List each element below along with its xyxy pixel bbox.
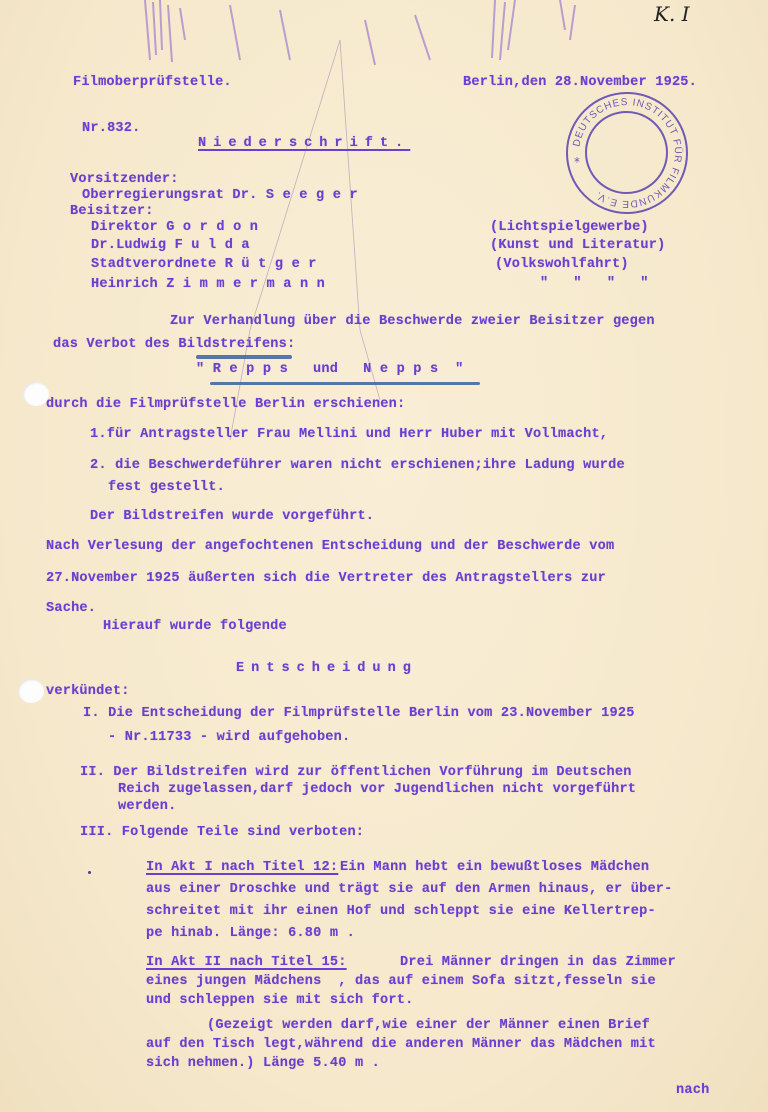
stamp-star: *	[574, 155, 580, 169]
screened-statement: Der Bildstreifen wurde vorgeführt.	[90, 509, 374, 524]
cut-2-line-3: und schleppen sie mit sich fort.	[146, 993, 413, 1008]
intro-line-3: durch die Filmprüfstelle Berlin erschien…	[46, 397, 405, 412]
decision-heading: Entscheidung	[236, 661, 418, 676]
cut-2-line-1: Drei Männer dringen in das Zimmer	[400, 955, 676, 970]
punch-hole	[23, 382, 49, 406]
continuation-word: nach	[676, 1083, 709, 1098]
assessor-field: (Kunst und Literatur)	[490, 238, 666, 253]
cut-1-line-2: aus einer Droschke und trägt sie auf den…	[146, 882, 673, 897]
reading-line-3: Sache.	[46, 601, 96, 616]
ruling-2-line-1: II. Der Bildstreifen wird zur öffentlich…	[80, 765, 632, 780]
ink-smudge-marks	[120, 0, 620, 70]
intro-line-1: Zur Verhandlung über die Beschwerde zwei…	[170, 314, 655, 329]
reading-line-1: Nach Verlesung der angefochtenen Entsche…	[46, 539, 614, 554]
ruling-2-line-3: werden.	[118, 799, 177, 814]
cut-1-line-1: Ein Mann hebt ein bewußtloses Mädchen	[340, 860, 649, 875]
film-title: " R e p p s und N e p p s "	[196, 362, 463, 377]
svg-text:DEUTSCHES INSTITUT FÜR FILMKUN: DEUTSCHES INSTITUT FÜR FILMKUNDE E.V.	[571, 97, 684, 209]
cut-1-line-4: pe hinab. Länge: 6.80 m .	[146, 926, 355, 941]
cut-1-line-3: schreitet mit ihr einen Hof und schleppt…	[146, 904, 656, 919]
issuer-name: Filmoberprüfstelle.	[73, 75, 232, 90]
announced-label: verkündet:	[46, 684, 130, 699]
assessor-name: Dr.Ludwig F u l d a	[91, 238, 250, 253]
stamp-text-ring: DEUTSCHES INSTITUT FÜR FILMKUNDE E.V. *	[566, 92, 688, 214]
blue-pencil-underline	[210, 382, 480, 385]
cut-2-line-2: eines jungen Mädchens , das auf einem So…	[146, 974, 656, 989]
ruling-1-line-1: I. Die Entscheidung der Filmprüfstelle B…	[83, 706, 635, 721]
place-date: Berlin,den 28.November 1925.	[463, 75, 697, 90]
document-title: Niederschrift.	[198, 136, 410, 151]
cut-2-note-3: sich nehmen.) Länge 5.40 m .	[146, 1056, 380, 1071]
chair-label: Vorsitzender:	[70, 172, 179, 187]
cut-1-reference: In Akt I nach Titel 12:	[146, 860, 338, 875]
cut-2-reference: In Akt II nach Titel 15:	[146, 955, 347, 970]
appearance-2-cont: fest gestellt.	[108, 480, 225, 495]
document-page: K. I Filmoberprüfstelle. Berlin,den 28.N…	[0, 0, 768, 1112]
assessor-field: (Lichtspielgewerbe)	[490, 220, 649, 235]
thereupon-line: Hierauf wurde folgende	[103, 619, 287, 634]
appearance-1: 1.für Antragsteller Frau Mellini und Her…	[90, 427, 608, 442]
chair-name: Oberregierungsrat Dr. S e e g e r	[82, 188, 358, 203]
ruling-3: III. Folgende Teile sind verboten:	[80, 825, 364, 840]
blue-pencil-underline	[196, 355, 292, 359]
assessor-name: Direktor G o r d o n	[91, 220, 258, 235]
institute-stamp: DEUTSCHES INSTITUT FÜR FILMKUNDE E.V. *	[566, 92, 688, 214]
ruling-2-line-2: Reich zugelassen,darf jedoch vor Jugendl…	[118, 782, 636, 797]
document-number: Nr.832.	[82, 121, 141, 136]
reading-line-2: 27.November 1925 äußerten sich die Vertr…	[46, 571, 606, 586]
assessor-field: (Volkswohlfahrt)	[495, 257, 629, 272]
assessors-label: Beisitzer:	[70, 204, 154, 219]
cut-2-note-2: auf den Tisch legt,während die anderen M…	[146, 1037, 656, 1052]
cut-2-note-1: (Gezeigt werden darf,wie einer der Männe…	[207, 1018, 650, 1033]
punch-hole	[18, 679, 44, 703]
handwritten-mark: K. I	[654, 2, 690, 26]
ruling-1-line-2: - Nr.11733 - wird aufgehoben.	[108, 730, 350, 745]
margin-dot	[88, 871, 91, 874]
assessor-field: " " " "	[540, 276, 649, 291]
intro-line-2: das Verbot des Bildstreifens:	[53, 337, 295, 352]
assessor-name: Stadtverordnete R ü t g e r	[91, 257, 317, 272]
assessor-name: Heinrich Z i m m e r m a n n	[91, 277, 325, 292]
appearance-2: 2. die Beschwerdeführer waren nicht ersc…	[90, 458, 625, 473]
